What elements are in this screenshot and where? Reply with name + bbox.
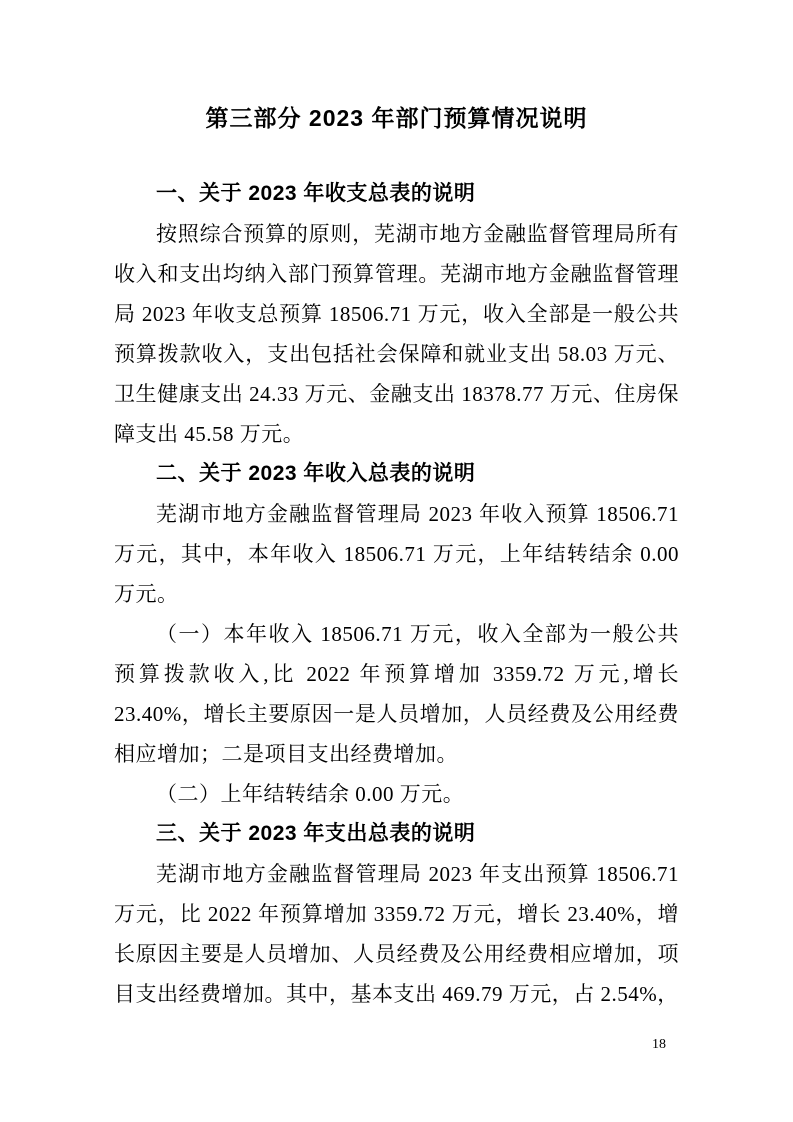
section-income-expense-summary: 一、关于 2023 年收支总表的说明 按照综合预算的原则，芜湖市地方金融监督管理… — [114, 174, 679, 454]
body-paragraph: 按照综合预算的原则，芜湖市地方金融监督管理局所有收入和支出均纳入部门预算管理。芜… — [114, 214, 679, 454]
body-paragraph: （二）上年结转结余 0.00 万元。 — [114, 774, 679, 814]
document-page: 第三部分 2023 年部门预算情况说明 一、关于 2023 年收支总表的说明 按… — [0, 0, 793, 1122]
section-income-summary: 二、关于 2023 年收入总表的说明 芜湖市地方金融监督管理局 2023 年收入… — [114, 454, 679, 814]
section-expenditure-summary: 三、关于 2023 年支出总表的说明 芜湖市地方金融监督管理局 2023 年支出… — [114, 814, 679, 1014]
section-heading: 三、关于 2023 年支出总表的说明 — [114, 814, 679, 854]
section-heading: 一、关于 2023 年收支总表的说明 — [114, 174, 679, 214]
page-number: 18 — [652, 1036, 666, 1054]
section-heading: 二、关于 2023 年收入总表的说明 — [114, 454, 679, 494]
body-paragraph: 芜湖市地方金融监督管理局 2023 年收入预算 18506.71 万元，其中，本… — [114, 494, 679, 614]
document-title: 第三部分 2023 年部门预算情况说明 — [114, 98, 679, 138]
body-paragraph: （一）本年收入 18506.71 万元，收入全部为一般公共预算拨款收入,比 20… — [114, 614, 679, 774]
body-paragraph: 芜湖市地方金融监督管理局 2023 年支出预算 18506.71 万元，比 20… — [114, 854, 679, 1014]
